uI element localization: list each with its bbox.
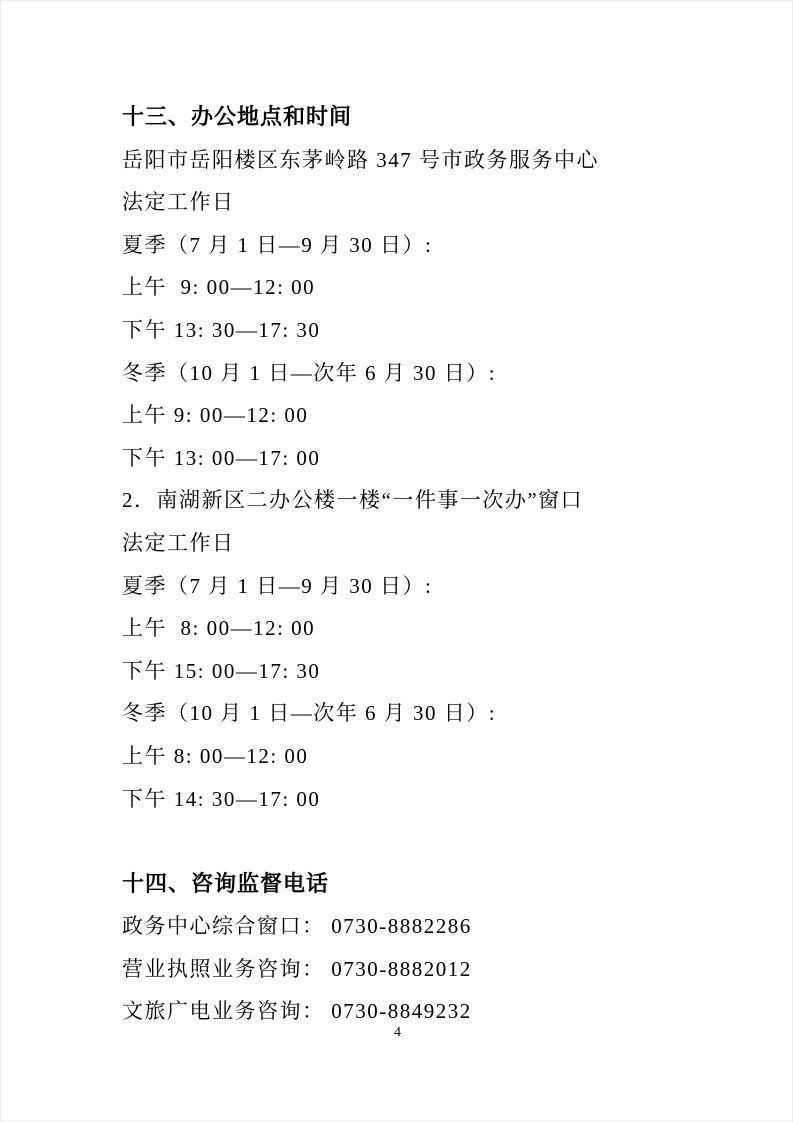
workday-line-2: 法定工作日 xyxy=(122,522,697,565)
summer-am-hours-line-2: 上午 8: 00—12: 00 xyxy=(122,607,697,650)
section-14-heading: 十四、咨询监督电话 xyxy=(122,863,697,906)
winter-am-hours-line: 上午 9: 00—12: 00 xyxy=(122,394,697,437)
workday-line: 法定工作日 xyxy=(122,181,697,224)
summer-pm-hours-line-2: 下午 15: 00—17: 30 xyxy=(122,650,697,693)
office-address-line: 岳阳市岳阳楼区东茅岭路 347 号市政务服务中心 xyxy=(122,139,697,182)
section-gap xyxy=(122,820,697,863)
phone-line-business-license: 营业执照业务咨询： 0730-8882012 xyxy=(122,948,697,991)
winter-am-hours-line-2: 上午 8: 00—12: 00 xyxy=(122,735,697,778)
summer-pm-hours-line: 下午 13: 30—17: 30 xyxy=(122,309,697,352)
winter-pm-hours-line-2: 下午 14: 30—17: 00 xyxy=(122,778,697,821)
phone-line-service-center: 政务中心综合窗口： 0730-8882286 xyxy=(122,905,697,948)
location-2-line: 2．南湖新区二办公楼一楼“一件事一次办”窗口 xyxy=(122,479,697,522)
summer-period-line-2: 夏季（7 月 1 日—9 月 30 日）: xyxy=(122,565,697,608)
page-number: 4 xyxy=(1,1023,793,1043)
summer-period-line: 夏季（7 月 1 日—9 月 30 日）: xyxy=(122,224,697,267)
document-page: 十三、办公地点和时间 岳阳市岳阳楼区东茅岭路 347 号市政务服务中心 法定工作… xyxy=(0,0,793,1122)
winter-pm-hours-line: 下午 13: 00—17: 00 xyxy=(122,437,697,480)
section-13-heading: 十三、办公地点和时间 xyxy=(122,96,697,139)
winter-period-line-2: 冬季（10 月 1 日—次年 6 月 30 日）: xyxy=(122,692,697,735)
summer-am-hours-line: 上午 9: 00—12: 00 xyxy=(122,266,697,309)
winter-period-line: 冬季（10 月 1 日—次年 6 月 30 日）: xyxy=(122,352,697,395)
